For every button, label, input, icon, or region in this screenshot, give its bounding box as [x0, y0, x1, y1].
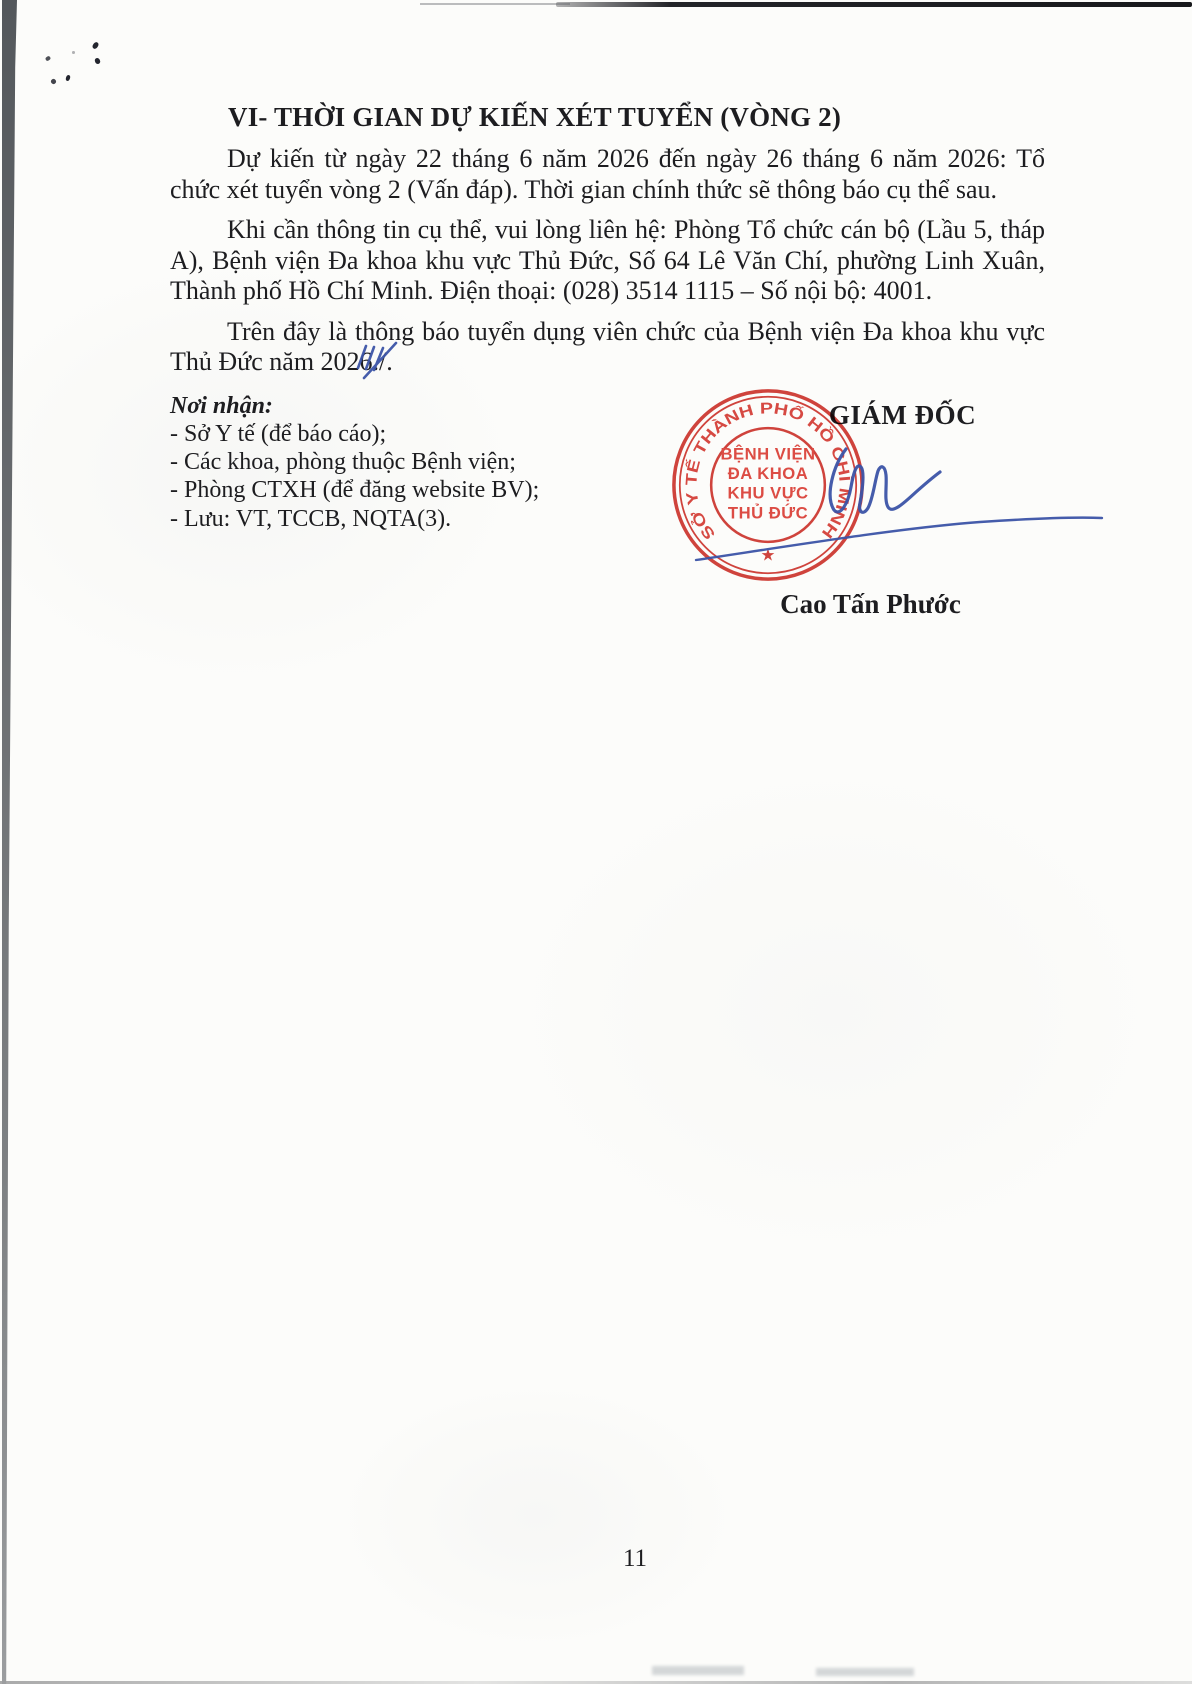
- document-body: VI- THỜI GIAN DỰ KIẾN XÉT TUYỂN (VÒNG 2)…: [170, 100, 1045, 533]
- scan-bottom-smudge: [652, 1666, 744, 1675]
- recipients-label: Nơi nhận:: [170, 392, 630, 420]
- scanned-document-page: VI- THỜI GIAN DỰ KIẾN XÉT TUYỂN (VÒNG 2)…: [0, 0, 1192, 1684]
- signer-name: Cao Tấn Phước: [763, 589, 978, 620]
- scan-bottom-smudge: [816, 1668, 914, 1676]
- paragraph-contact: Khi cần thông tin cụ thể, vui lòng liên …: [170, 215, 1045, 307]
- section-heading: VI- THỜI GIAN DỰ KIẾN XÉT TUYỂN (VÒNG 2): [170, 100, 1045, 134]
- scan-edge-band: [2, 0, 17, 1684]
- paragraph-schedule: Dự kiến từ ngày 22 tháng 6 năm 2026 đến …: [170, 144, 1045, 205]
- stamp-center-line-1: BỆNH VIỆN: [720, 445, 815, 464]
- stamp-center-line-2: ĐA KHOA: [728, 464, 809, 483]
- scan-top-edge-line: [556, 2, 1192, 7]
- hospital-stamp-seal: SỞ Y TẾ THÀNH PHỐ HỒ CHÍ MINH BỆNH VIỆN …: [670, 387, 866, 583]
- recipient-item: - Các khoa, phòng thuộc Bệnh viện;: [170, 448, 630, 476]
- scan-top-edge-line-faint: [420, 3, 570, 5]
- recipient-item: - Sở Y tế (để báo cáo);: [170, 420, 630, 448]
- recipients-block: Nơi nhận: - Sở Y tế (để báo cáo); - Các …: [170, 392, 630, 534]
- stamp-center-line-4: THỦ ĐỨC: [728, 503, 808, 522]
- recipient-item: - Phòng CTXH (để đăng website BV);: [170, 476, 630, 504]
- stamp-center-line-3: KHU VỰC: [727, 484, 808, 503]
- paragraph-closing: Trên đây là thông báo tuyển dụng viên ch…: [170, 317, 1045, 378]
- recipient-item: - Lưu: VT, TCCB, NQTA(3).: [170, 505, 630, 533]
- page-number: 11: [603, 1545, 667, 1573]
- stamp-star-icon: ★: [761, 545, 776, 564]
